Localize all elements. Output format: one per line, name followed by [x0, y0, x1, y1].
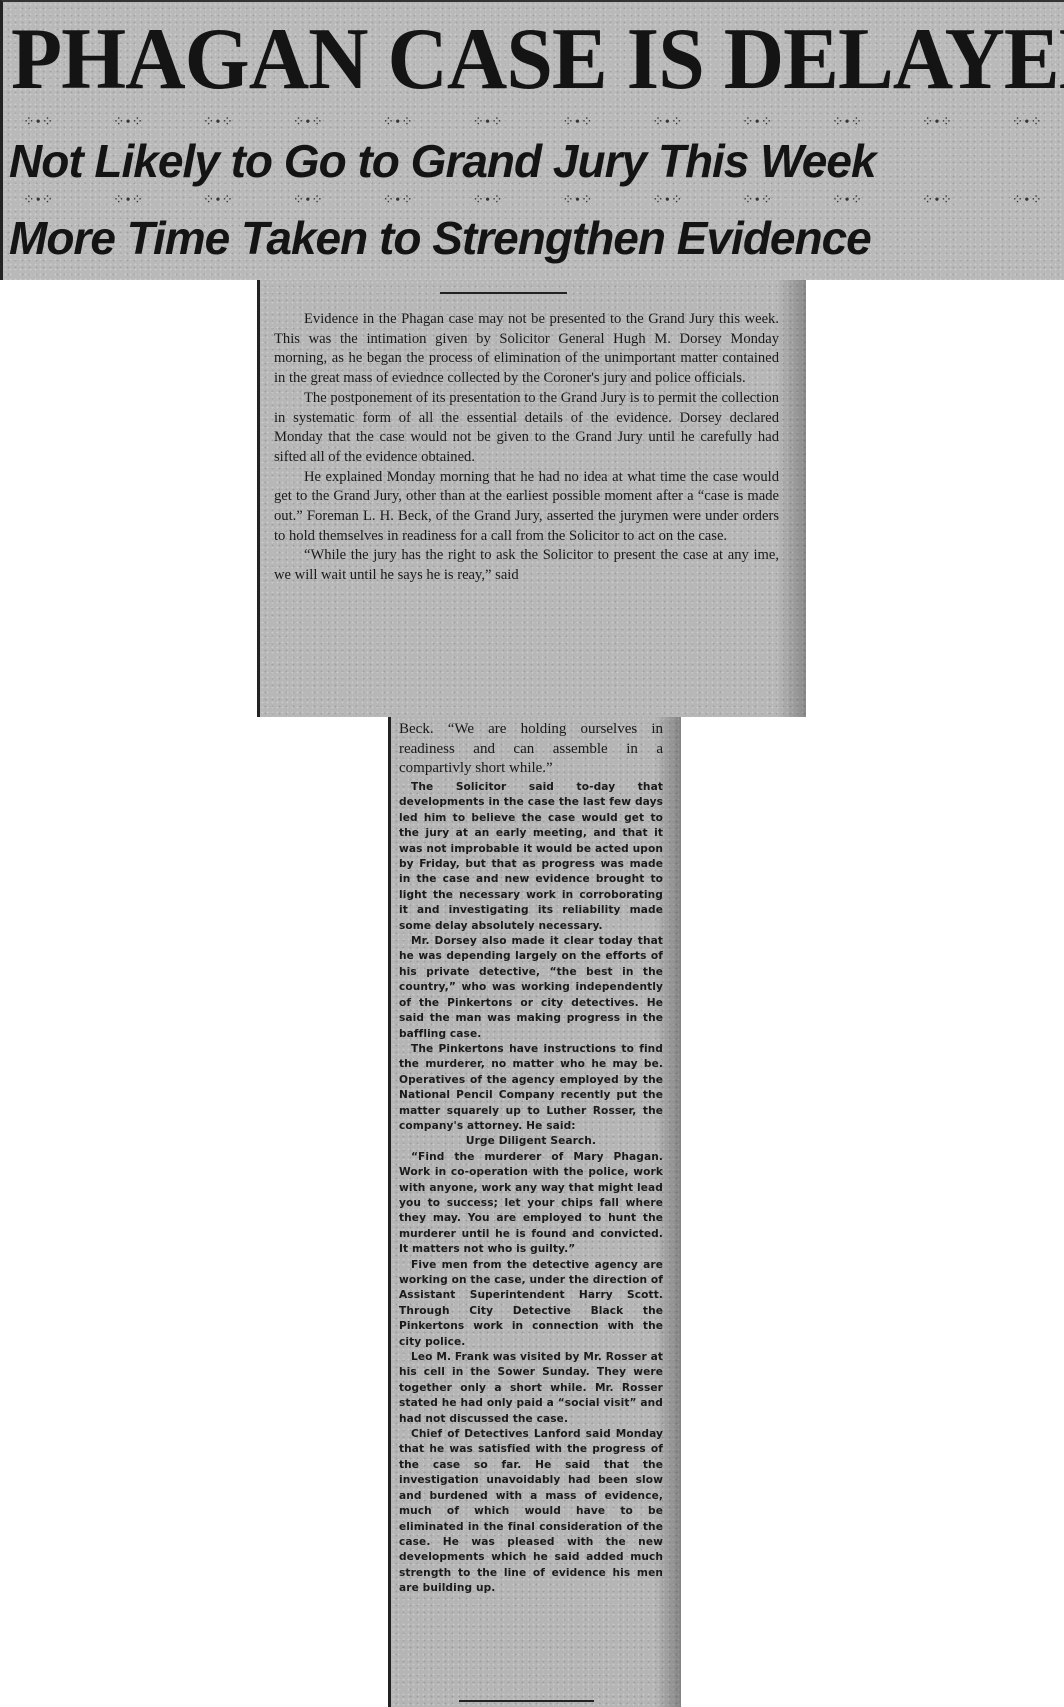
- paragraph: Beck. “We are holding ourselves in readi…: [399, 720, 663, 779]
- deck-line-2: More Time Taken to Strengthen Evidence: [9, 210, 1059, 266]
- deck-line-1: Not Likely to Go to Grand Jury This Week: [9, 133, 1059, 189]
- ornament-glyph: ⁘•⁘: [832, 114, 863, 131]
- wide-column-text: Evidence in the Phagan case may not be p…: [274, 310, 779, 586]
- ornament-glyph: ⁘•⁘: [562, 114, 593, 131]
- ornament-glyph: ⁘•⁘: [113, 114, 144, 131]
- paragraph: The Pinkertons have instructions to find…: [399, 1042, 663, 1134]
- ornament-glyph: ⁘•⁘: [562, 192, 593, 209]
- end-rule: [459, 1700, 594, 1702]
- paragraph: The Solicitor said to-day that developme…: [399, 780, 663, 934]
- ornament-glyph: ⁘•⁘: [383, 114, 414, 131]
- divider-rule: [440, 292, 567, 294]
- ornament-glyph: ⁘•⁘: [1012, 114, 1043, 131]
- ornament-row-1: ⁘•⁘ ⁘•⁘ ⁘•⁘ ⁘•⁘ ⁘•⁘ ⁘•⁘ ⁘•⁘ ⁘•⁘ ⁘•⁘ ⁘•⁘ …: [23, 114, 1043, 131]
- narrow-column-text: The Solicitor said to-day that developme…: [399, 780, 663, 1597]
- subheading: Urge Diligent Search.: [399, 1134, 663, 1149]
- ornament-glyph: ⁘•⁘: [293, 192, 324, 209]
- ornament-glyph: ⁘•⁘: [652, 114, 683, 131]
- paragraph: “While the jury has the right to ask the…: [274, 546, 779, 585]
- paragraph: Leo M. Frank was visited by Mr. Rosser a…: [399, 1350, 663, 1427]
- ornament-glyph: ⁘•⁘: [652, 192, 683, 209]
- paragraph: Mr. Dorsey also made it clear today that…: [399, 934, 663, 1042]
- article-wide-column: Evidence in the Phagan case may not be p…: [257, 280, 806, 717]
- ornament-glyph: ⁘•⁘: [922, 114, 953, 131]
- ornament-glyph: ⁘•⁘: [472, 114, 503, 131]
- ornament-glyph: ⁘•⁘: [203, 192, 234, 209]
- article-narrow-column: Beck. “We are holding ourselves in readi…: [388, 717, 681, 1707]
- paragraph: “Find the murderer of Mary Phagan. Work …: [399, 1150, 663, 1258]
- ornament-glyph: ⁘•⁘: [1012, 192, 1043, 209]
- narrow-column-lead: Beck. “We are holding ourselves in readi…: [399, 720, 663, 779]
- ornament-glyph: ⁘•⁘: [832, 192, 863, 209]
- ornament-glyph: ⁘•⁘: [472, 192, 503, 209]
- ornament-glyph: ⁘•⁘: [383, 192, 414, 209]
- ornament-glyph: ⁘•⁘: [742, 114, 773, 131]
- ornament-glyph: ⁘•⁘: [23, 192, 54, 209]
- ornament-glyph: ⁘•⁘: [23, 114, 54, 131]
- ornament-glyph: ⁘•⁘: [113, 192, 144, 209]
- paragraph: Chief of Detectives Lanford said Monday …: [399, 1427, 663, 1596]
- main-headline: PHAGAN CASE IS DELAYED: [11, 14, 999, 106]
- ornament-row-2: ⁘•⁘ ⁘•⁘ ⁘•⁘ ⁘•⁘ ⁘•⁘ ⁘•⁘ ⁘•⁘ ⁘•⁘ ⁘•⁘ ⁘•⁘ …: [23, 192, 1043, 209]
- ornament-glyph: ⁘•⁘: [922, 192, 953, 209]
- ornament-glyph: ⁘•⁘: [293, 114, 324, 131]
- paragraph: Five men from the detective agency are w…: [399, 1258, 663, 1350]
- headline-box: PHAGAN CASE IS DELAYED ⁘•⁘ ⁘•⁘ ⁘•⁘ ⁘•⁘ ⁘…: [0, 0, 1064, 280]
- paragraph: The postponement of its presentation to …: [274, 389, 779, 468]
- ornament-glyph: ⁘•⁘: [742, 192, 773, 209]
- ornament-glyph: ⁘•⁘: [203, 114, 234, 131]
- paragraph: He explained Monday morning that he had …: [274, 468, 779, 547]
- paragraph: Evidence in the Phagan case may not be p…: [274, 310, 779, 389]
